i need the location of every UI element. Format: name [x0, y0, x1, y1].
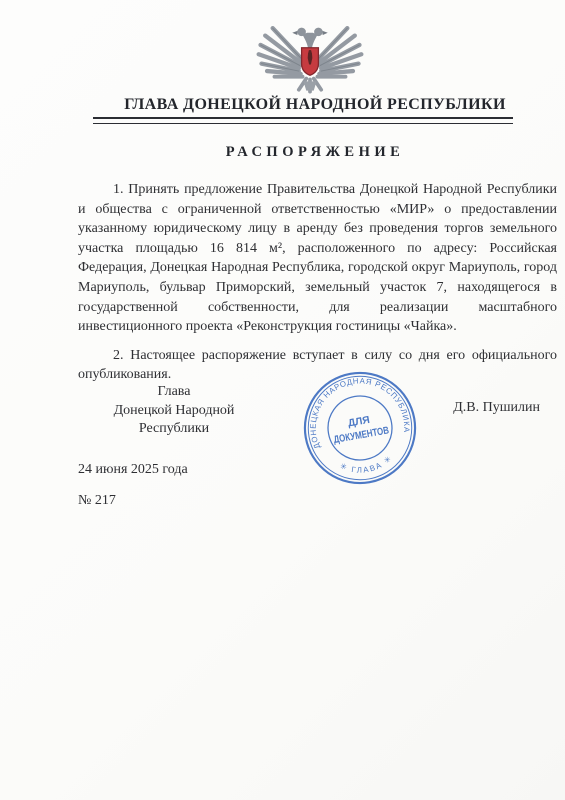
issuing-authority-title: ГЛАВА ДОНЕЦКОЙ НАРОДНОЙ РЕСПУБЛИКИ	[55, 96, 565, 114]
signatory-position-line2: Донецкой Народной Республики	[78, 402, 270, 439]
signatory-name: Д.В. Пушилин	[420, 400, 540, 416]
signatory-position: Глава Донецкой Народной Республики	[78, 383, 270, 439]
stamp-center-line1: ДЛЯ	[347, 415, 371, 430]
document-body: 1. Принять предложение Правительства Дон…	[78, 180, 557, 394]
document-page: ГЛАВА ДОНЕЦКОЙ НАРОДНОЙ РЕСПУБЛИКИ РАСПО…	[0, 0, 565, 800]
stamp-center-line2: ДОКУМЕНТОВ	[333, 425, 390, 446]
official-stamp-icon: ДОНЕЦКАЯ НАРОДНАЯ РЕСПУБЛИКА ✳ ГЛАВА ✳ Д…	[292, 360, 429, 497]
signatory-position-line1: Глава	[78, 383, 270, 402]
dnr-coat-of-arms-icon	[254, 20, 366, 96]
header-double-rule	[93, 117, 513, 124]
document-number: № 217	[78, 493, 116, 509]
document-date: 24 июня 2025 года	[78, 462, 188, 478]
document-type-title: РАСПОРЯЖЕНИЕ	[55, 144, 565, 161]
decree-paragraph-1: 1. Принять предложение Правительства Дон…	[78, 180, 557, 337]
